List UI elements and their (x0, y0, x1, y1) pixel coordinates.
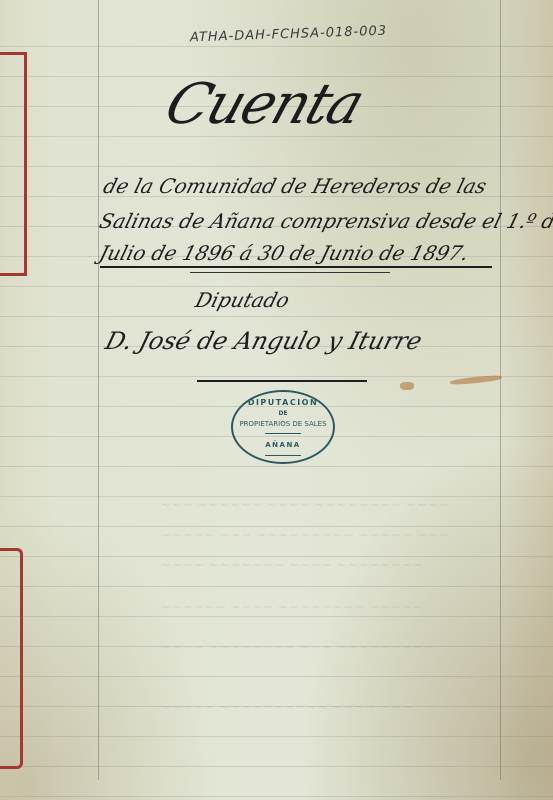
stamp-divider (265, 455, 301, 456)
subtitle-line-2: Salinas de Añana comprensiva desde el 1.… (97, 209, 553, 233)
bleed-through-text: ~~~~~ ~~~~~~~~~~ ~~~~ ~~~ (158, 700, 414, 715)
subtitle-line-3: Julio de 1896 á 30 de Junio de 1897. (97, 241, 472, 265)
role-label: Diputado (193, 288, 292, 312)
heading-underline (100, 266, 492, 268)
stamp-line-4: AÑANA (233, 441, 333, 449)
subtitle-line-1: de la Comunidad de Herederos de las (101, 174, 490, 198)
stamp-line-1: DIPUTACION (233, 398, 333, 407)
stamp-divider (265, 433, 301, 434)
heading-underline-short (190, 272, 390, 273)
document-title: Cuenta (157, 72, 370, 137)
stain (400, 382, 414, 390)
right-margin-line (500, 0, 501, 780)
red-binding-tab-bottom (0, 548, 23, 769)
bleed-through-text: ~~~~~ ~~~ ~~~~~~~~~ ~~~~~ ~~~ (158, 528, 451, 543)
institution-stamp: DIPUTACION DE PROPIETARIOS DE SALES AÑAN… (231, 390, 335, 464)
left-margin-line (98, 0, 99, 780)
bleed-through-text: ~~~~ ~~~~~~~ ~~~~ ~~~~~~~~ (158, 558, 425, 573)
name-underline (197, 380, 367, 382)
bleed-through-text: ~~~~~~ ~~~~ ~~~~~~~~ ~~~~~ (158, 600, 425, 615)
red-binding-tab-top (0, 52, 27, 276)
stamp-line-3: PROPIETARIOS DE SALES (233, 420, 333, 428)
stamp-line-2: DE (233, 410, 333, 417)
deputy-name: D. José de Angulo y Iturre (102, 327, 425, 355)
bleed-through-text: ~~~ ~~~~~~ ~~~~ ~~~~~~~~ ~~~~ (158, 498, 451, 513)
document-page: ~~~ ~~~~~~ ~~~~ ~~~~~~~~ ~~~~ ~~~~~ ~~~ … (0, 0, 553, 800)
bleed-through-text: ~~~~ ~~~~~~~~ ~~~ ~~~~~~~~~ (158, 640, 436, 655)
